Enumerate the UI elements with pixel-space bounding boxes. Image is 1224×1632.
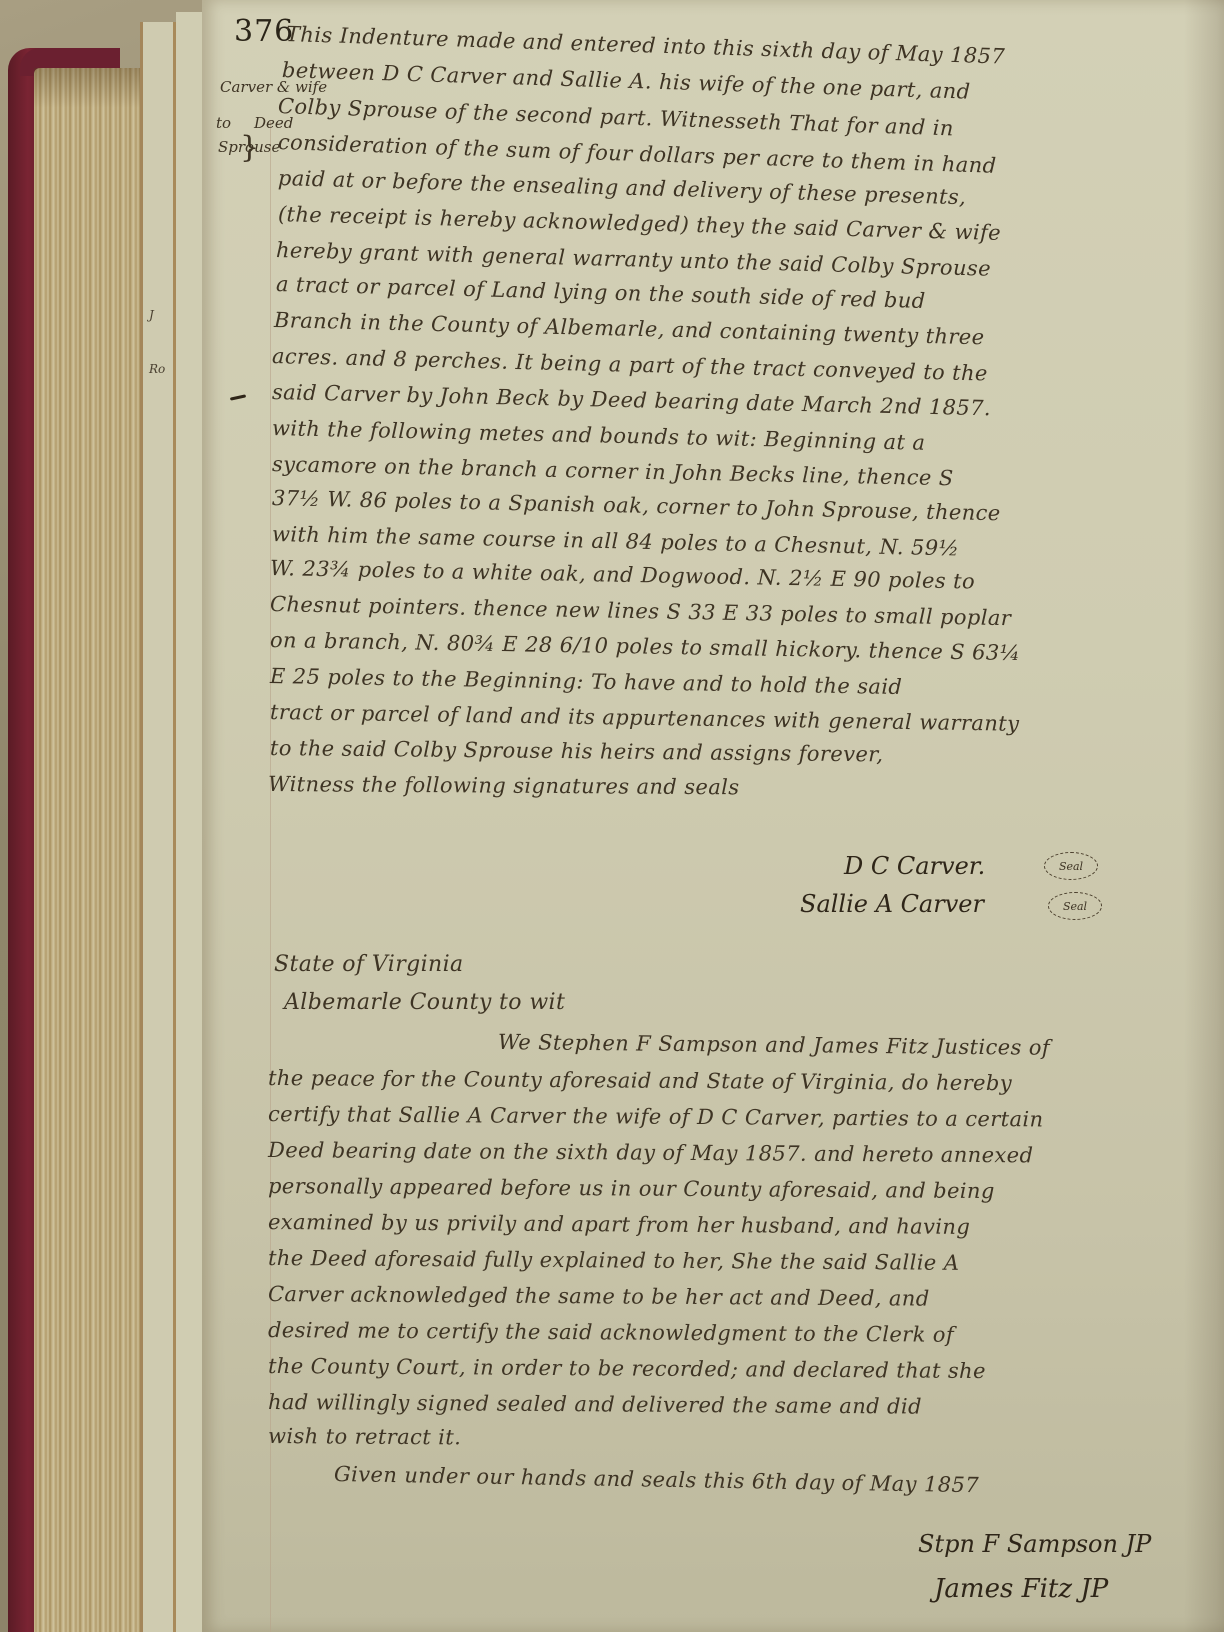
ledger-page: 376 Carver & wife to } Deed Sprouse This…: [202, 0, 1224, 1632]
text-line: said Carver by John Beck by Deed bearing…: [272, 380, 992, 420]
text-line: (the receipt is hereby acknowledged) the…: [278, 202, 1002, 245]
flyleaf-mark: J: [149, 308, 154, 322]
margin-note-to: to: [216, 114, 231, 132]
page-edges-stack: [34, 68, 140, 1632]
text-line: desired me to certify the said acknowled…: [268, 1318, 954, 1347]
text-line: wish to retract it.: [268, 1424, 461, 1449]
text-line: sycamore on the branch a corner in John …: [272, 452, 954, 490]
text-line: certify that Sallie A Carver the wife of…: [268, 1102, 1044, 1131]
text-line: We Stephen F Sampson and James Fitz Just…: [498, 1030, 1050, 1060]
signature-sallie-carver: Sallie A Carver: [800, 890, 984, 918]
flyleaf-mark: Ro: [149, 362, 165, 376]
text-line: Witness the following signatures and sea…: [268, 772, 740, 799]
check-mark-icon: [230, 394, 246, 400]
text-line: Chesnut pointers. thence new lines S 33 …: [270, 592, 1012, 630]
text-line: Branch in the County of Albemarle, and c…: [274, 308, 985, 349]
previous-page-edge-2: [176, 12, 204, 1632]
text-line: examined by us privily and apart from he…: [268, 1210, 970, 1239]
text-line: E 25 poles to the Beginning: To have and…: [270, 664, 903, 699]
text-line: personally appeared before us in our Cou…: [268, 1174, 995, 1203]
signature-james-fitz: James Fitz JP: [934, 1574, 1108, 1604]
seal-icon: Seal: [1048, 892, 1102, 920]
text-line: 37½ W. 86 poles to a Spanish oak, corner…: [272, 486, 1001, 525]
text-line: on a branch, N. 80¾ E 28 6/10 poles to s…: [270, 628, 1021, 665]
text-line: acres. and 8 perches. It being a part of…: [272, 344, 988, 385]
text-line: with him the same course in all 84 poles…: [272, 522, 960, 560]
text-line: tract or parcel of land and its appurten…: [270, 700, 1020, 736]
text-line: the peace for the County aforesaid and S…: [268, 1066, 1012, 1095]
text-line: Given under our hands and seals this 6th…: [334, 1462, 979, 1497]
text-line: Carver acknowledged the same to be her a…: [268, 1282, 930, 1311]
seal-icon: Seal: [1044, 852, 1098, 880]
text-line: the County Court, in order to be recorde…: [268, 1354, 986, 1383]
signature-stephen-sampson: Stpn F Sampson JP: [918, 1530, 1151, 1558]
text-line: to the said Colby Sprouse his heirs and …: [270, 736, 884, 766]
text-line: with the following metes and bounds to w…: [272, 416, 926, 455]
text-line: W. 23¾ poles to a white oak, and Dogwood…: [270, 556, 975, 594]
certificate-state: State of Virginia: [274, 952, 464, 977]
previous-page-edge: J Ro: [140, 22, 176, 1632]
text-line: the Deed aforesaid fully explained to he…: [268, 1246, 960, 1275]
text-line: a tract or parcel of Land lying on the s…: [276, 272, 926, 313]
page-curve-shadow: [1184, 0, 1224, 1632]
text-line: had willingly signed sealed and delivere…: [268, 1390, 922, 1419]
text-line: Deed bearing date on the sixth day of Ma…: [268, 1138, 1034, 1167]
certificate-county: Albemarle County to wit: [284, 990, 565, 1015]
signature-dc-carver: D C Carver.: [844, 852, 985, 880]
margin-note-grantee: Sprouse: [218, 138, 280, 156]
